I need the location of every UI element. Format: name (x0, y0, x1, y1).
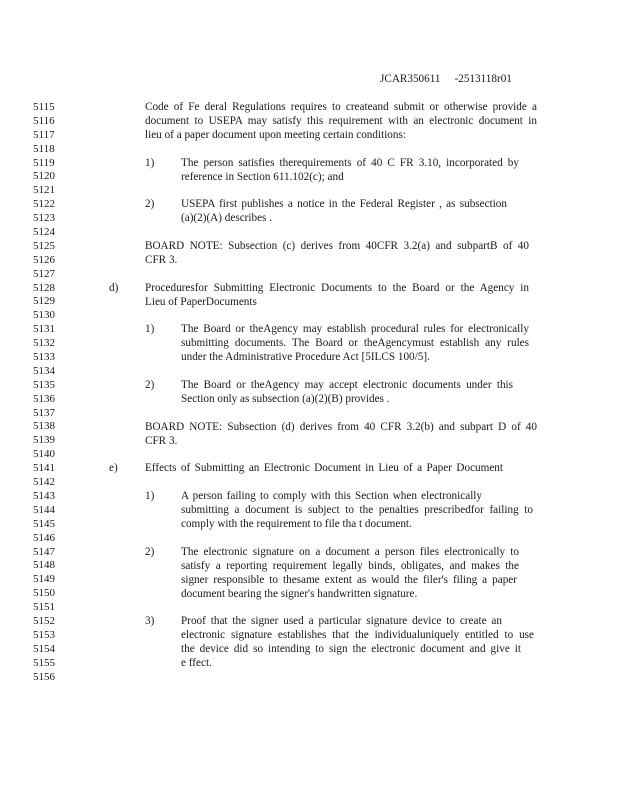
item-label: 1) (145, 157, 154, 171)
item-line: comply with the requirement to file tha … (181, 518, 412, 532)
line-number: 5145 (33, 518, 73, 532)
intro-line: lieu of a paper document upon meeting ce… (145, 129, 406, 143)
item-line: the device did so intending to sign the … (181, 643, 521, 657)
line-number: 5125 (33, 240, 73, 254)
board-note-line: BOARD NOTE: Subsection (c) derives from … (145, 240, 529, 254)
item-line: electronic signature establishes that th… (181, 629, 534, 643)
line-number: 5126 (33, 254, 73, 268)
item-line: signer responsible to thesame extent as … (181, 574, 517, 588)
line-number: 5124 (33, 226, 73, 240)
item-line: under the Administrative Procedure Act [… (181, 351, 430, 365)
intro-line: Code of Fe deral Regulations requires to… (145, 101, 537, 115)
line-number: 5130 (33, 309, 73, 323)
board-note-line: CFR 3. (145, 254, 177, 268)
item-label: 2) (145, 546, 154, 560)
line-number: 5155 (33, 657, 73, 671)
line-number: 5150 (33, 587, 73, 601)
line-number: 5144 (33, 504, 73, 518)
line-number: 5118 (33, 143, 73, 157)
board-note-line: BOARD NOTE: Subsection (d) derives from … (145, 421, 537, 435)
line-number: 5133 (33, 351, 73, 365)
item-line: The person satisfies therequirements of … (181, 157, 519, 171)
item-line: (a)(2)(A) describes . (181, 212, 272, 226)
subsection-heading: Lieu of PaperDocuments (145, 296, 257, 310)
line-number: 5139 (33, 434, 73, 448)
intro-line: document to USEPA may satisfy this requi… (145, 115, 537, 129)
item-label: 1) (145, 490, 154, 504)
line-number: 5146 (33, 532, 73, 546)
item-line: Proof that the signer used a particular … (181, 615, 502, 629)
line-number: 5152 (33, 615, 73, 629)
line-number: 5140 (33, 448, 73, 462)
line-number: 5116 (33, 115, 73, 129)
subsection-heading: Proceduresfor Submitting Electronic Docu… (145, 282, 529, 296)
line-number: 5132 (33, 337, 73, 351)
line-number: 5122 (33, 198, 73, 212)
document-id: JCAR350611 (380, 73, 441, 85)
item-label: 2) (145, 198, 154, 212)
line-number: 5119 (33, 157, 73, 171)
item-line: The electronic signature on a document a… (181, 546, 519, 560)
line-number: 5135 (33, 379, 73, 393)
line-number: 5121 (33, 184, 73, 198)
line-number: 5149 (33, 573, 73, 587)
line-number: 5117 (33, 129, 73, 143)
line-number: 5129 (33, 295, 73, 309)
item-line: USEPA first publishes a notice in the Fe… (181, 198, 507, 212)
item-label: 3) (145, 615, 154, 629)
line-number: 5137 (33, 407, 73, 421)
line-number: 5148 (33, 559, 73, 573)
line-number: 5115 (33, 101, 73, 115)
line-number: 5120 (33, 170, 73, 184)
item-line: reference in Section 611.102(c); and (181, 171, 344, 185)
line-number: 5156 (33, 671, 73, 685)
item-line: The Board or theAgency may establish pro… (181, 323, 529, 337)
line-number: 5151 (33, 601, 73, 615)
subsection-label: d) (109, 282, 118, 296)
document-revision: -2513118r01 (455, 73, 512, 85)
line-number: 5134 (33, 365, 73, 379)
line-number: 5141 (33, 462, 73, 476)
line-number: 5154 (33, 643, 73, 657)
item-line: A person failing to comply with this Sec… (181, 490, 482, 504)
item-line: satisfy a reporting requirement legally … (181, 560, 519, 574)
line-number: 5128 (33, 282, 73, 296)
item-line: document bearing the signer's handwritte… (181, 588, 417, 602)
line-number: 5136 (33, 393, 73, 407)
item-line: e ffect. (181, 657, 212, 671)
subsection-heading: Effects of Submitting an Electronic Docu… (145, 462, 503, 476)
subsection-label: e) (109, 462, 118, 476)
line-number: 5138 (33, 420, 73, 434)
line-number: 5143 (33, 490, 73, 504)
document-header: JCAR350611 -2513118r01 (380, 73, 512, 85)
line-number: 5127 (33, 268, 73, 282)
item-line: The Board or theAgency may accept electr… (181, 379, 513, 393)
line-number-gutter: 5115511651175118511951205121512251235124… (33, 101, 73, 684)
item-label: 2) (145, 379, 154, 393)
line-number: 5153 (33, 629, 73, 643)
board-note-line: CFR 3. (145, 435, 177, 449)
item-line: submitting documents. The Board or theAg… (181, 337, 529, 351)
item-line: Section only as subsection (a)(2)(B) pro… (181, 393, 389, 407)
item-label: 1) (145, 323, 154, 337)
line-number: 5147 (33, 546, 73, 560)
line-number: 5131 (33, 323, 73, 337)
line-number: 5142 (33, 476, 73, 490)
line-number: 5123 (33, 212, 73, 226)
item-line: submitting a document is subject to the … (181, 504, 533, 518)
